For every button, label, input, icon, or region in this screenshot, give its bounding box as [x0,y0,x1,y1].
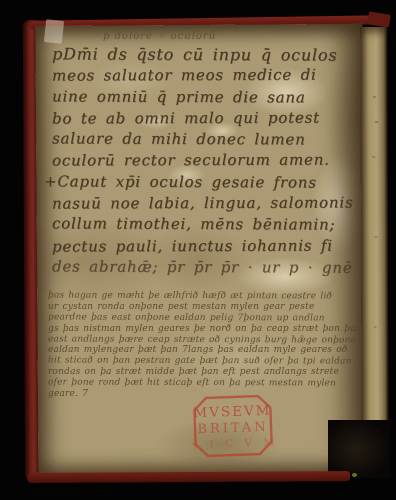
book-binding-corner [367,11,391,27]
old-english-text-line: gs þas nistman mylen geares þe norð on þ… [48,324,360,335]
latin-text-line: des abrahǣ; p̄r p̄r p̄r · ur p · gnē [52,256,354,279]
book-gutter-shadow [328,420,390,478]
latin-text-line: oculorū rector seculorum amen. [52,150,354,172]
latin-text-line: pDm̄i ds q̄sto cū inpu q̄ oculos [52,43,354,66]
margin-annotation-mark: ·:· [27,256,38,265]
margin-dot: · [39,369,42,378]
old-english-bounds-text: þas hagan ge mæht þe ælhfrið hæfð æt pin… [48,291,360,400]
old-english-text-line: hit sticað on þan pestran gate þæt þan s… [48,356,360,368]
repair-tape-patch [44,19,64,44]
museum-britannicum-stamp: MVSEVM BRITAN N I C V M [191,394,275,460]
latin-charm-text: pDm̄i ds q̄sto cū inpu q̄ oculos meos sa… [52,44,354,278]
old-english-text-line: peardne þas east onþone ealdan pelig 7þo… [48,312,360,324]
old-english-text-line: ofer þone rond þæt hit sticaþ eft on þa … [48,378,360,390]
old-english-text-line: þas hagan ge mæht þe ælhfrið hæfð æt pin… [48,290,360,302]
next-folio-edge [360,27,389,478]
latin-text-line: bo te ab omni malo qui potest [52,107,354,129]
latin-text-line: uine omniū q̄ prime die sana [52,86,354,109]
latin-text-line: collum timothei, mēns bēniamin; [52,214,354,237]
latin-text-line: +Caput xp̄i oculos gesaie frons [44,171,354,194]
old-english-text-line: ur cystan ronda onþone pest mestan mylen… [48,302,360,313]
next-folio-faint-text [360,27,389,478]
old-english-text-line: rondas on þa stræt midde þæt þan eft pes… [48,367,360,378]
manuscript-photo: p dolore ⁘ oculorū pDm̄i ds q̄sto cū in… [0,0,396,500]
stamp-text-line2: BRITAN [197,420,269,437]
latin-text-line: pectus pauli, iunctus iohannis fi [52,235,354,257]
margin-dot: · [39,356,42,365]
latin-text-line: saluare da mihi donec lumen [52,129,354,152]
rubric-title: p dolore ⁘ oculorū [103,31,216,42]
green-speck [352,473,357,477]
stamp-text-line1: MVSEVM [193,403,272,422]
latin-text-line: nasuū noe labia, lingua, salomonis [52,193,354,215]
stamp-text-line3: N I C V M [191,436,275,451]
book-binding-bottom-edge [28,471,350,483]
latin-text-line: meos saluator meos medice di [52,65,354,87]
